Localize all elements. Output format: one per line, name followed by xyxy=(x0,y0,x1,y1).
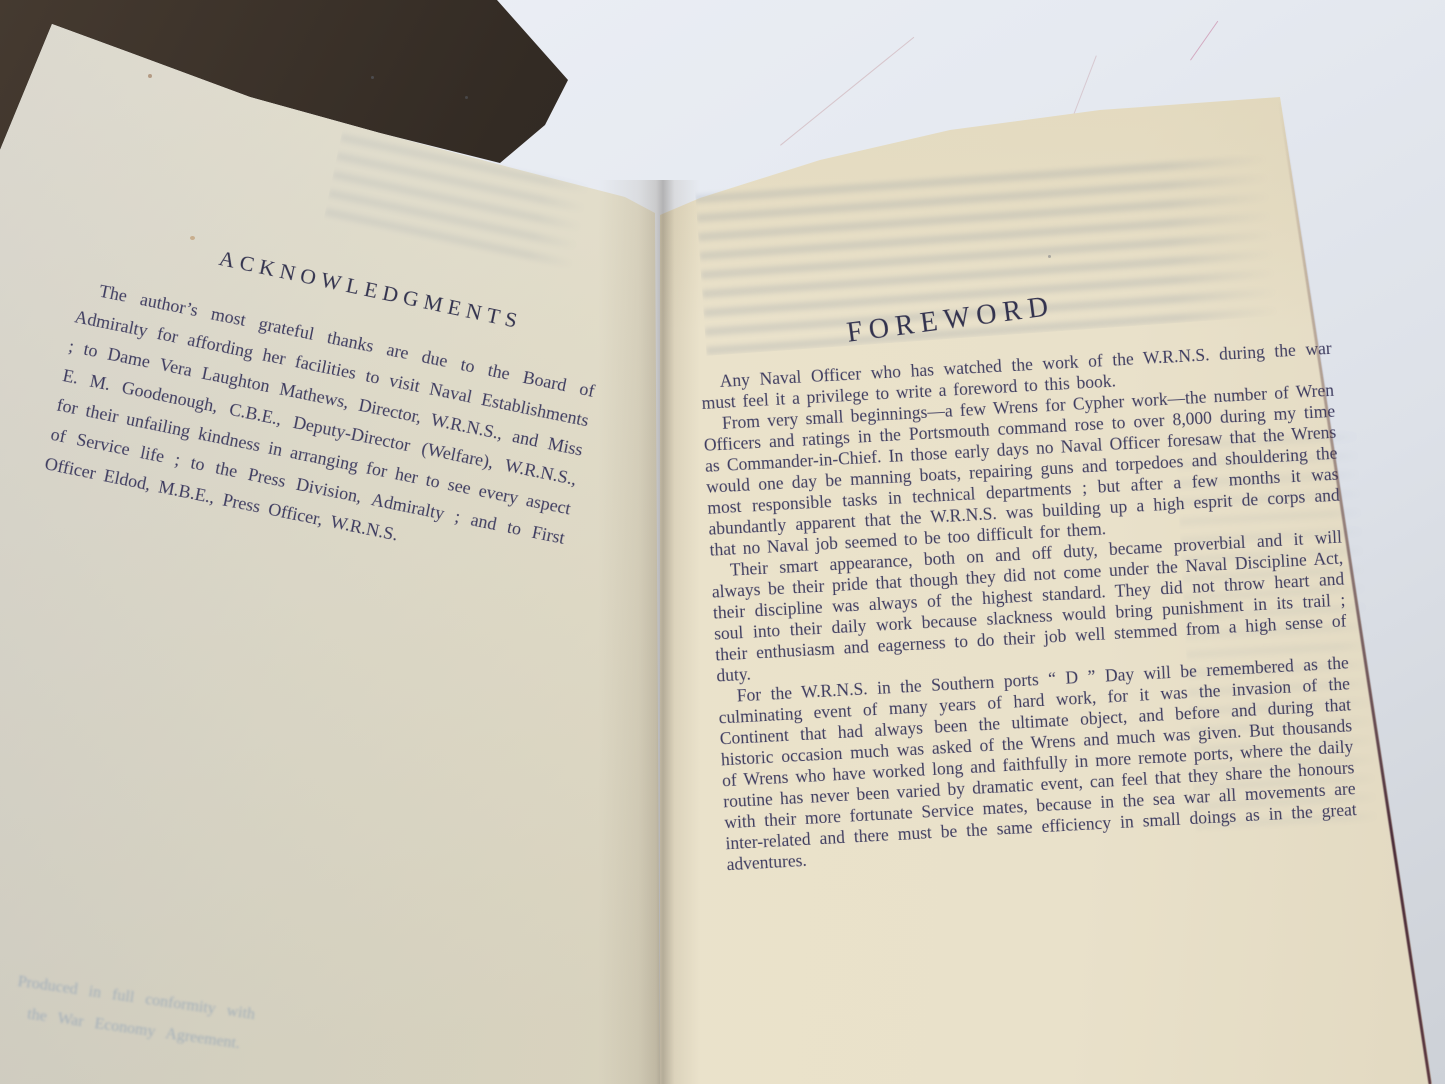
dust-speck xyxy=(465,96,468,99)
dust-speck xyxy=(190,236,195,240)
dust-speck xyxy=(1238,392,1242,396)
foreword-text: Any Naval Officer who has watched the wo… xyxy=(700,338,1358,875)
dust-speck xyxy=(148,74,152,78)
foreword-paragraph-4: For the W.R.N.S. in the Southern ports “… xyxy=(717,652,1358,875)
dust-speck xyxy=(371,76,374,79)
dust-speck xyxy=(1048,255,1051,258)
book-photo: ACKNOWLEDGMENTS The author’s most gratef… xyxy=(0,0,1445,1084)
